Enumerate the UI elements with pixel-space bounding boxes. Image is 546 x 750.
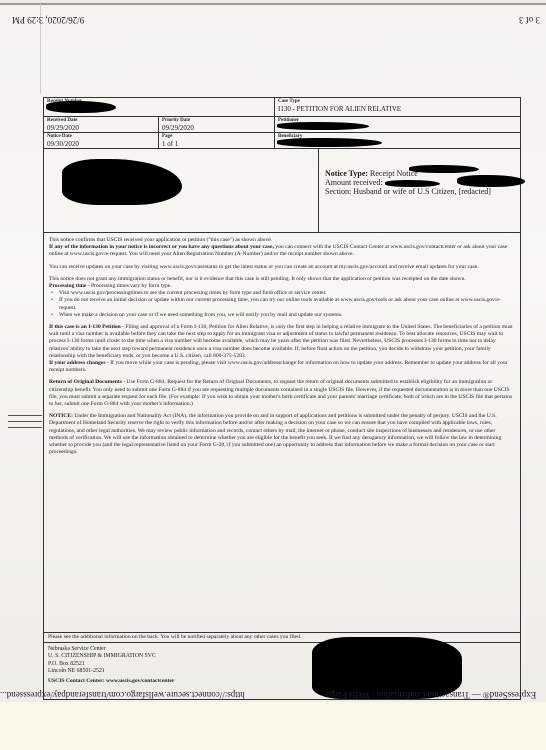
- petitioner-cell: Petitioner: [275, 117, 520, 132]
- i130-heading: If this case is an I-130 Petition: [49, 324, 121, 330]
- page-edge: [0, 3, 546, 5]
- print-footer-url: https://connect.secure.wellsfargo.com/tr…: [0, 690, 265, 700]
- processing-bullet: When we make a decision on your case or …: [59, 312, 515, 319]
- notice-type-label: Notice Type:: [325, 169, 368, 178]
- redaction-mark: [46, 101, 116, 113]
- received-date-value: 09/29/2020: [47, 124, 155, 132]
- notice-date-cell: Notice Date 09/30/2020: [44, 133, 159, 148]
- margin-mark: [8, 427, 42, 428]
- case-type-cell: Case Type I130 - PETITION FOR ALIEN RELA…: [275, 98, 520, 116]
- print-footer-title: ExpressSend® — Transaction Confirmation …: [326, 690, 536, 700]
- notice-body: This notice confirms that USCIS received…: [44, 233, 520, 633]
- disclaimer-paragraph: This notice does not grant any immigrati…: [49, 276, 515, 283]
- additional-info-note: Please see the additional information on…: [44, 633, 520, 643]
- notice-heading: NOTICE:: [49, 413, 73, 419]
- notice-info-cell: Notice Type: Receipt Notice Amount recei…: [319, 149, 520, 232]
- return-documents-heading: Return of Original Documents: [49, 379, 122, 385]
- page-cell: Page 1 of 1: [159, 133, 275, 148]
- notice-text: Under the Immigration and Nationality Ac…: [49, 413, 501, 455]
- page-value: 1 of 1: [162, 140, 271, 148]
- section-value: Husband or wife of U.S Citizen, [redacte…: [353, 187, 491, 196]
- receipt-notice-form: Receipt Number Case Type I130 - PETITION…: [43, 97, 521, 700]
- receipt-number-cell: Receipt Number: [44, 98, 275, 116]
- redaction-mark: [62, 159, 182, 205]
- print-page-count: 3 of 3: [519, 15, 540, 25]
- amount-received-label: Amount received:: [325, 178, 383, 187]
- received-date-cell: Received Date 09/29/2020: [44, 117, 159, 132]
- redaction-mark: [457, 175, 525, 187]
- redaction-mark: [409, 165, 479, 173]
- address-change-heading: If your address changes: [49, 360, 106, 366]
- questions-heading: If any of the information in your notice…: [49, 244, 274, 250]
- section-label: Section:: [325, 187, 351, 196]
- priority-date-cell: Priority Date 09/29/2020: [159, 117, 275, 132]
- redaction-mark: [385, 180, 440, 187]
- updates-paragraph: You can receive updates on your case by …: [49, 264, 515, 271]
- scan-background: [0, 702, 546, 750]
- address-change-text: - If you move while your case is pending…: [49, 360, 508, 373]
- case-type-value: I130 - PETITION FOR ALIEN RELATIVE: [278, 105, 517, 113]
- beneficiary-cell: Beneficiary: [275, 133, 520, 148]
- mailing-address-cell: [44, 149, 319, 232]
- print-datetime: 9/26/2020, 3:29 PM: [12, 15, 84, 25]
- margin-mark: [8, 415, 42, 416]
- priority-date-value: 09/29/2020: [162, 124, 271, 132]
- notice-date-value: 09/30/2020: [47, 140, 155, 148]
- processing-time-heading: Processing time: [49, 283, 86, 289]
- processing-bullet: If you do not receive an initial decisio…: [59, 297, 515, 311]
- confirmation-paragraph: This notice confirms that USCIS received…: [49, 237, 515, 244]
- redaction-mark: [277, 138, 382, 147]
- margin-mark: [8, 421, 42, 422]
- redaction-mark: [277, 122, 369, 130]
- processing-time-text: - Processing times vary by form type.: [86, 283, 171, 289]
